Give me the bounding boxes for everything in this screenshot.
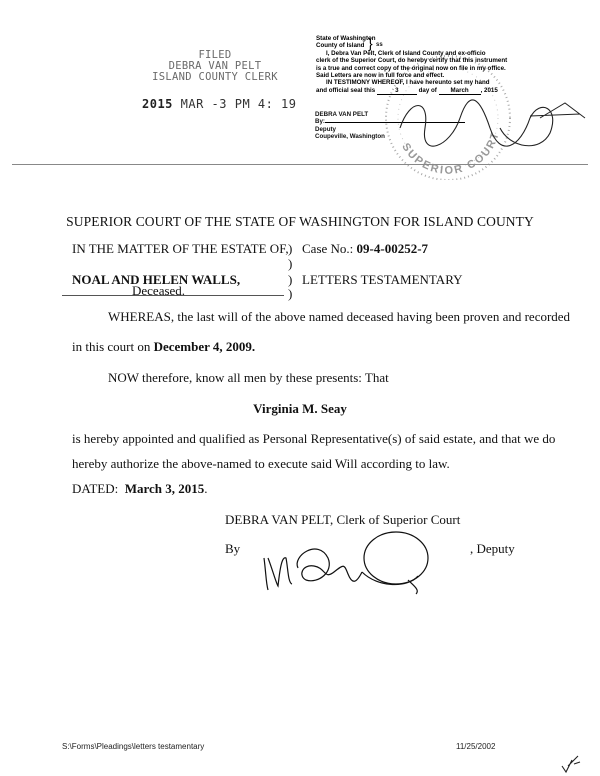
now-therefore-line: NOW therefore, know all men by these pre… — [108, 370, 389, 386]
certification-block: State of Washington County of Island I, … — [316, 35, 536, 95]
caption-underline — [62, 295, 284, 296]
dated-value: March 3, 2015 — [125, 481, 205, 496]
dated-label: DATED: — [72, 481, 118, 496]
filed-time: MAR -3 PM 4: 19 — [181, 97, 297, 111]
document-title: LETTERS TESTAMENTARY — [302, 272, 463, 288]
deputy-suffix: , Deputy — [470, 541, 515, 557]
filed-stamp: FILED DEBRA VAN PELT ISLAND COUNTY CLERK — [130, 50, 300, 83]
cert-signature-scribble — [390, 88, 590, 158]
deceased-label: Deceased. — [132, 283, 185, 299]
header-divider — [12, 164, 588, 165]
cert-testimony-1: IN TESTIMONY WHEREOF, I have hereunto se… — [316, 79, 536, 86]
cert-county: County of Island — [316, 42, 536, 49]
cert-state: State of Washington — [316, 35, 536, 42]
filed-stamp-datetime: 2015 MAR -3 PM 4: 19 — [142, 97, 297, 111]
initials-mark-icon — [560, 754, 584, 774]
deputy-signature — [258, 528, 438, 598]
cert-body-4: Said Letters are now in full force and e… — [316, 72, 536, 79]
by-label: By — [225, 541, 240, 557]
clerk-line: DEBRA VAN PELT, Clerk of Superior Court — [225, 512, 460, 528]
filed-year: 2015 — [142, 97, 173, 111]
caption-paren: ) — [288, 256, 292, 272]
cert-body-3: is a true and correct copy of the origin… — [316, 65, 536, 72]
footer-form-date: 11/25/2002 — [456, 742, 495, 751]
matter-line: IN THE MATTER OF THE ESTATE OF, — [72, 241, 289, 257]
cert-seal-text: and official seal this — [316, 87, 375, 94]
court-title: SUPERIOR COURT OF THE STATE OF WASHINGTO… — [0, 214, 600, 230]
representative-name: Virginia M. Seay — [0, 401, 600, 417]
cert-body-2: clerk of the Superior Court, do hereby c… — [316, 57, 536, 64]
cert-by-label: By: — [315, 118, 325, 125]
dated-line: DATED: March 3, 2015. — [72, 481, 208, 497]
recorded-line: in this court on December 4, 2009. — [72, 339, 255, 355]
ss-brace: } — [368, 36, 373, 50]
recorded-prefix: in this court on — [72, 339, 150, 354]
appointed-line-1: is hereby appointed and qualified as Per… — [72, 431, 555, 447]
footer-file-path: S:\Forms\Pleadings\letters testamentary — [62, 742, 204, 751]
ss-label: ss — [376, 42, 383, 48]
appointed-line-2: hereby authorize the above-named to exec… — [72, 456, 450, 472]
dated-period: . — [204, 481, 207, 496]
case-number-line: Case No.: 09-4-00252-7 — [302, 241, 428, 257]
case-number: 09-4-00252-7 — [357, 241, 429, 256]
cert-body-1: I, Debra Van Pelt, Clerk of Island Count… — [316, 50, 536, 57]
caption-paren: ) — [288, 241, 292, 257]
whereas-paragraph: WHEREAS, the last will of the above name… — [108, 309, 570, 325]
recorded-date: December 4, 2009. — [154, 339, 256, 354]
case-label: Case No.: — [302, 241, 353, 256]
caption-paren: ) — [288, 286, 292, 302]
filed-stamp-line: ISLAND COUNTY CLERK — [130, 72, 300, 83]
